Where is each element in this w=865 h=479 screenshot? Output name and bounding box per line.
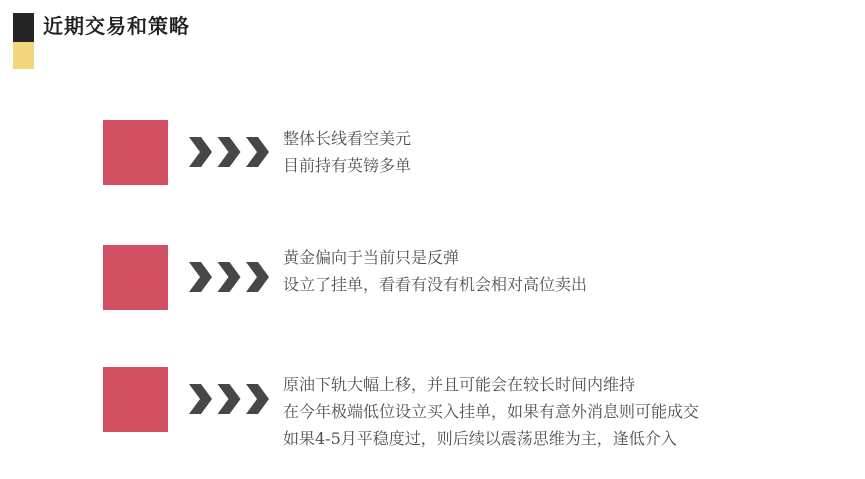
strategy-row-usd-gbp: 整体长线看空美元 目前持有英镑多单 [0, 120, 865, 190]
red-square-bullet [103, 245, 168, 310]
text-line: 设立了挂单，看看有没有机会相对高位卖出 [283, 271, 587, 298]
red-square-bullet [103, 120, 168, 185]
text-line: 原油下轨大幅上移，并且可能会在较长时间内维持 [283, 371, 699, 398]
text-line: 如果4-5月平稳度过，则后续以震荡思维为主，逢低介入 [283, 425, 699, 452]
slide-title: 近期交易和策略 [43, 13, 190, 42]
strategy-text-gold: 黄金偏向于当前只是反弹 设立了挂单，看看有没有机会相对高位卖出 [283, 244, 587, 298]
text-line: 黄金偏向于当前只是反弹 [283, 244, 587, 271]
red-square-bullet [103, 367, 168, 432]
text-line: 整体长线看空美元 [283, 125, 411, 152]
triple-chevron-right-icon [189, 384, 269, 414]
strategy-text-crude-oil: 原油下轨大幅上移，并且可能会在较长时间内维持 在今年极端低位设立买入挂单，如果有… [283, 371, 699, 452]
strategy-text-usd-gbp: 整体长线看空美元 目前持有英镑多单 [283, 125, 411, 179]
triple-chevron-right-icon [189, 137, 269, 167]
strategy-row-crude-oil: 原油下轨大幅上移，并且可能会在较长时间内维持 在今年极端低位设立买入挂单，如果有… [0, 367, 865, 437]
slide-header: 近期交易和策略 [13, 13, 190, 69]
title-marker [13, 13, 34, 69]
title-marker-yellow-square [13, 42, 34, 69]
strategy-row-gold: 黄金偏向于当前只是反弹 设立了挂单，看看有没有机会相对高位卖出 [0, 245, 865, 315]
triple-chevron-right-icon [189, 262, 269, 292]
title-marker-black-square [13, 13, 34, 42]
presentation-slide: 近期交易和策略 整体长线看空美元 目前持有英镑多单 黄金偏向于当前只是反弹 设立… [0, 0, 865, 479]
text-line: 在今年极端低位设立买入挂单，如果有意外消息则可能成交 [283, 398, 699, 425]
text-line: 目前持有英镑多单 [283, 152, 411, 179]
